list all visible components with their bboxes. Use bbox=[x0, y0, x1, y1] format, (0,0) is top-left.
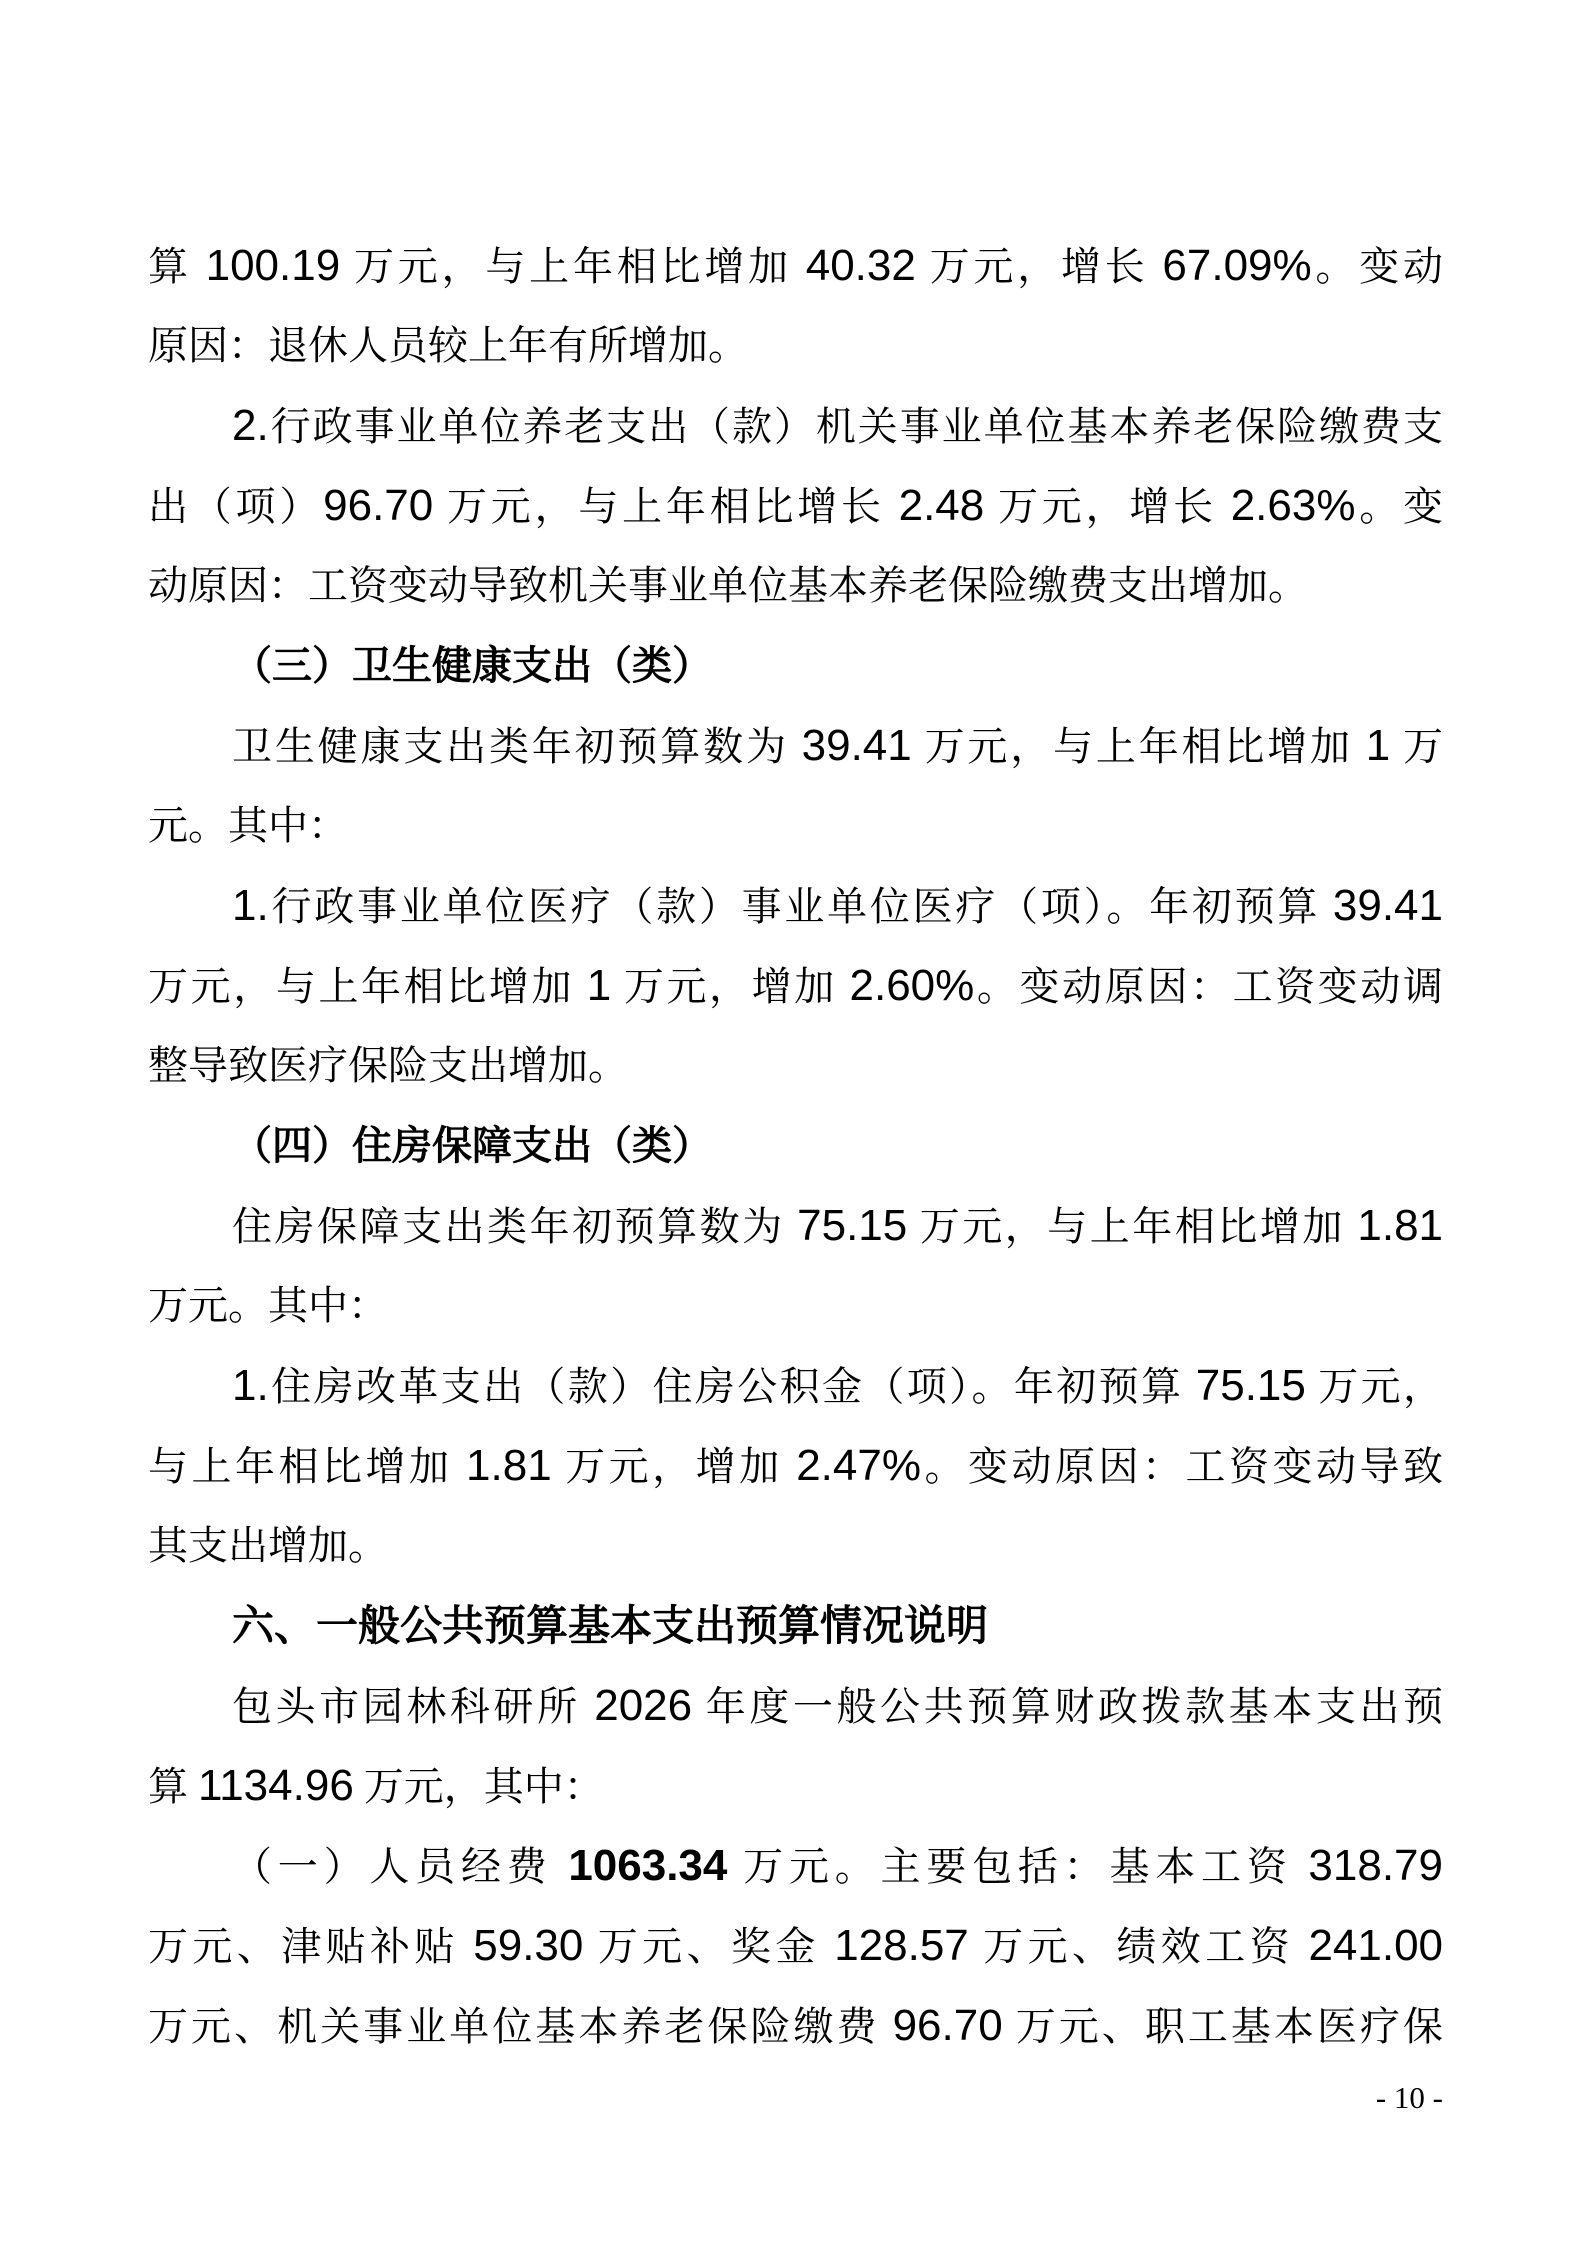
numeric-value: 1. bbox=[232, 881, 269, 930]
text-line: 其支出增加。 bbox=[148, 1506, 1443, 1586]
text-line: 卫生健康支出类年初预算数为 39.41 万元，与上年相比增加 1 万 bbox=[148, 706, 1443, 786]
text-run: 其支出增加。 bbox=[148, 1523, 388, 1568]
text-run: 元。其中： bbox=[148, 803, 348, 848]
text-line: 与上年相比增加 1.81 万元，增加 2.47%。变动原因：工资变动导致 bbox=[148, 1426, 1443, 1506]
text-run: 万元、机关事业单位基本养老保险缴费 bbox=[148, 2004, 893, 2049]
numeric-value: 128.57 bbox=[834, 1921, 969, 1970]
text-line: 1.行政事业单位医疗（款）事业单位医疗（项）。年初预算 39.41 bbox=[148, 866, 1443, 946]
text-run: 万元、津贴补贴 bbox=[148, 1924, 473, 1969]
text-run: 与上年相比增加 bbox=[148, 1444, 466, 1489]
text-run: 万元，增长 bbox=[916, 244, 1163, 289]
section-heading: （四）住房保障支出（类） bbox=[148, 1106, 1443, 1186]
text-line: 出（项）96.70 万元，与上年相比增长 2.48 万元，增长 2.63%。变 bbox=[148, 466, 1443, 546]
text-run: 行政事业单位养老支出（款）机关事业单位基本养老保险缴费支 bbox=[269, 404, 1443, 449]
text-line: 算 1134.96 万元，其中： bbox=[148, 1746, 1443, 1826]
text-run: 。变动原因：工资变动调 bbox=[974, 964, 1443, 1009]
text-run: 万元，增加 bbox=[552, 1444, 797, 1489]
text-run: 卫生健康支出类年初预算数为 bbox=[232, 724, 802, 769]
page-number: - 10 - bbox=[1376, 2080, 1443, 2116]
numeric-value: 1.81 bbox=[1357, 1201, 1443, 1250]
numeric-value: 2.63% bbox=[1231, 481, 1356, 530]
numeric-value: 2.47% bbox=[796, 1441, 921, 1490]
numeric-value: 40.32 bbox=[806, 241, 916, 290]
text-run: 万元， bbox=[1306, 1364, 1443, 1409]
numeric-value: 241.00 bbox=[1308, 1921, 1443, 1970]
text-run: 万元。其中： bbox=[148, 1283, 388, 1328]
text-line: （一）人员经费 1063.34 万元。主要包括：基本工资 318.79 bbox=[148, 1826, 1443, 1906]
text-line: 万元、津贴补贴 59.30 万元、奖金 128.57 万元、绩效工资 241.0… bbox=[148, 1906, 1443, 1986]
text-run: 年度一般公共预算财政拨款基本支出预 bbox=[692, 1684, 1443, 1729]
numeric-value: 1134.96 bbox=[198, 1761, 354, 1810]
text-run: 。变动 bbox=[1312, 244, 1443, 289]
text-run: 行政事业单位医疗（款）事业单位医疗（项）。年初预算 bbox=[269, 884, 1333, 929]
text-run: 万元，与上年相比增加 bbox=[340, 244, 806, 289]
text-line: 万元、机关事业单位基本养老保险缴费 96.70 万元、职工基本医疗保 bbox=[148, 1986, 1443, 2066]
numeric-value: 1. bbox=[232, 1361, 269, 1410]
document-content-area: 算 100.19 万元，与上年相比增加 40.32 万元，增长 67.09%。变… bbox=[0, 0, 1588, 2245]
text-run: 万元，与上年相比增加 bbox=[148, 964, 587, 1009]
numeric-value: 318.79 bbox=[1308, 1841, 1443, 1890]
text-run: 住房保障支出类年初预算数为 bbox=[232, 1204, 797, 1249]
numeric-value: 39.41 bbox=[802, 721, 912, 770]
text-line: 算 100.19 万元，与上年相比增加 40.32 万元，增长 67.09%。变… bbox=[148, 226, 1443, 306]
numeric-value: 96.70 bbox=[893, 2001, 1003, 2050]
text-run: 万元。主要包括：基本工资 bbox=[727, 1844, 1308, 1889]
numeric-value: 59.30 bbox=[473, 1921, 583, 1970]
text-run: （一）人员经费 bbox=[232, 1844, 568, 1889]
numeric-value: 100.19 bbox=[206, 241, 341, 290]
text-run: 万元，增加 bbox=[611, 964, 849, 1009]
numeric-value: 1.81 bbox=[466, 1441, 552, 1490]
text-run: 万元，与上年相比增加 bbox=[912, 724, 1366, 769]
section-heading: 六、一般公共预算基本支出预算情况说明 bbox=[148, 1586, 1443, 1666]
text-run: 万元，其中： bbox=[354, 1764, 604, 1809]
numeric-value: 1 bbox=[1366, 721, 1390, 770]
text-run: 。变 bbox=[1355, 484, 1443, 529]
text-run: 包头市园林科研所 bbox=[232, 1684, 594, 1729]
text-line: 整导致医疗保险支出增加。 bbox=[148, 1026, 1443, 1106]
text-run: 整导致医疗保险支出增加。 bbox=[148, 1043, 628, 1088]
text-line: 原因：退休人员较上年有所增加。 bbox=[148, 306, 1443, 386]
text-run: 万 bbox=[1390, 724, 1443, 769]
numeric-value: 2.48 bbox=[899, 481, 985, 530]
text-line: 1.住房改革支出（款）住房公积金（项）。年初预算 75.15 万元， bbox=[148, 1346, 1443, 1426]
numeric-value: 1063.34 bbox=[568, 1841, 727, 1890]
text-run: 万元、职工基本医疗保 bbox=[1003, 2004, 1443, 2049]
document-body: 算 100.19 万元，与上年相比增加 40.32 万元，增长 67.09%。变… bbox=[148, 226, 1443, 2066]
numeric-value: 67.09% bbox=[1162, 241, 1311, 290]
text-run: 算 bbox=[148, 244, 206, 289]
text-run: 万元，增长 bbox=[984, 484, 1230, 529]
text-line: 元。其中： bbox=[148, 786, 1443, 866]
text-line: 动原因：工资变动导致机关事业单位基本养老保险缴费支出增加。 bbox=[148, 546, 1443, 626]
text-line: 包头市园林科研所 2026 年度一般公共预算财政拨款基本支出预 bbox=[148, 1666, 1443, 1746]
text-run: 出（项） bbox=[148, 484, 323, 529]
text-run: （三）卫生健康支出（类） bbox=[232, 643, 712, 688]
text-run: 动原因：工资变动导致机关事业单位基本养老保险缴费支出增加。 bbox=[148, 563, 1308, 608]
text-run: 万元、奖金 bbox=[583, 1924, 834, 1969]
text-run: 万元，与上年相比增加 bbox=[907, 1204, 1357, 1249]
text-run: 算 bbox=[148, 1764, 198, 1809]
text-run: 。变动原因：工资变动导致 bbox=[921, 1444, 1443, 1489]
text-run: 原因：退休人员较上年有所增加。 bbox=[148, 323, 748, 368]
text-run: （四）住房保障支出（类） bbox=[232, 1123, 712, 1168]
numeric-value: 96.70 bbox=[323, 481, 433, 530]
numeric-value: 75.15 bbox=[797, 1201, 907, 1250]
text-run: 六、一般公共预算基本支出预算情况说明 bbox=[232, 1602, 988, 1649]
text-run: 万元，与上年相比增长 bbox=[433, 484, 898, 529]
text-line: 万元。其中： bbox=[148, 1266, 1443, 1346]
text-line: 万元，与上年相比增加 1 万元，增加 2.60%。变动原因：工资变动调 bbox=[148, 946, 1443, 1026]
numeric-value: 1 bbox=[587, 961, 611, 1010]
document-page: { "page": { "background": "#ffffff", "te… bbox=[0, 0, 1588, 2245]
text-run: 住房改革支出（款）住房公积金（项）。年初预算 bbox=[269, 1364, 1196, 1409]
numeric-value: 2026 bbox=[594, 1681, 692, 1730]
numeric-value: 2.60% bbox=[850, 961, 975, 1010]
numeric-value: 2. bbox=[232, 401, 269, 450]
text-run: 万元、绩效工资 bbox=[969, 1924, 1309, 1969]
numeric-value: 75.15 bbox=[1196, 1361, 1306, 1410]
text-line: 2.行政事业单位养老支出（款）机关事业单位基本养老保险缴费支 bbox=[148, 386, 1443, 466]
numeric-value: 39.41 bbox=[1333, 881, 1443, 930]
text-line: 住房保障支出类年初预算数为 75.15 万元，与上年相比增加 1.81 bbox=[148, 1186, 1443, 1266]
section-heading: （三）卫生健康支出（类） bbox=[148, 626, 1443, 706]
